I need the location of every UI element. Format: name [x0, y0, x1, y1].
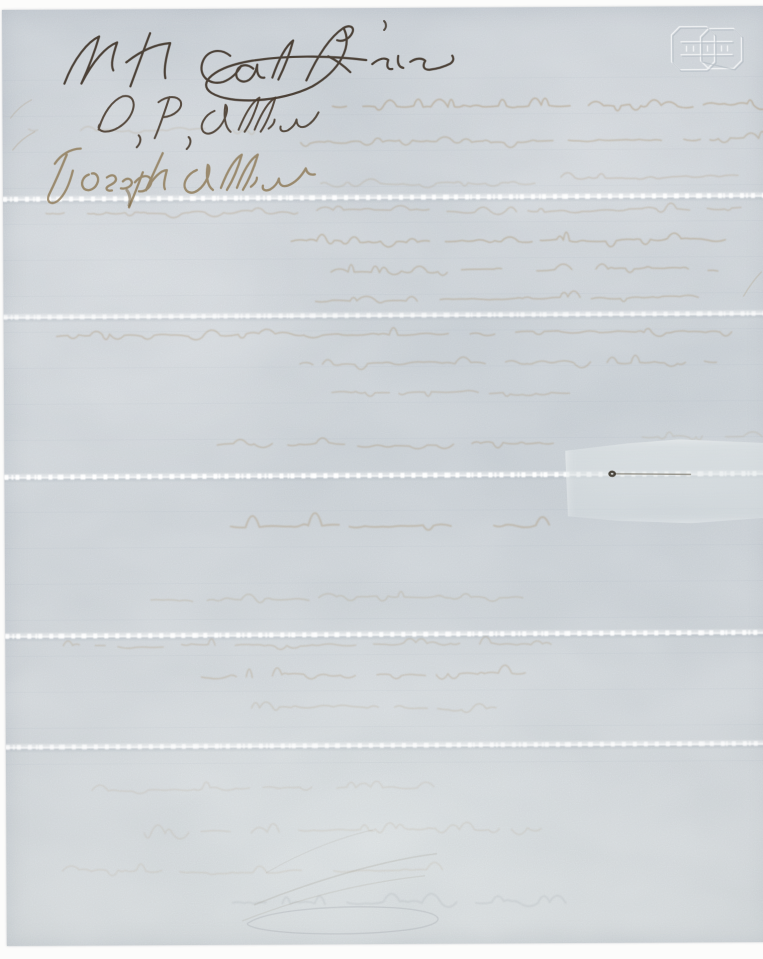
signature-dp-allison — [98, 95, 318, 149]
signature-calkins — [64, 26, 453, 102]
fold-crease — [6, 739, 763, 753]
ink-mark — [743, 272, 761, 296]
show-through-line — [321, 178, 535, 188]
show-through-line — [642, 432, 762, 440]
ink-mark — [10, 100, 31, 118]
show-through-line — [151, 591, 523, 603]
show-through-line — [231, 512, 550, 531]
paper-ruling-texture — [2, 76, 763, 796]
show-through-line — [561, 172, 759, 180]
show-through-line — [300, 355, 717, 370]
show-through-line — [57, 326, 732, 341]
ink-mark — [254, 854, 436, 905]
ink-mark — [127, 190, 130, 205]
fold-crease — [5, 628, 763, 642]
show-through-line — [316, 290, 713, 303]
show-through-line — [46, 203, 741, 219]
fold-crease — [4, 309, 763, 323]
fold-crease — [3, 191, 763, 205]
mending-tape — [565, 438, 763, 525]
show-through-line — [92, 781, 434, 794]
ink-mark — [247, 906, 438, 934]
ink-mark — [243, 876, 425, 921]
show-through-line — [29, 126, 255, 136]
show-through-line — [233, 893, 566, 908]
show-through-line — [252, 701, 496, 714]
show-through-line — [332, 97, 763, 112]
crease-stitch-texture — [4, 311, 763, 320]
signature-joseph-allison — [48, 147, 315, 207]
show-through-line — [201, 665, 537, 680]
embossed-seal-icon — [671, 26, 743, 71]
crease-stitch-texture — [6, 741, 763, 750]
ink-mark — [384, 21, 386, 30]
show-through-line — [332, 390, 569, 397]
show-through-line — [62, 862, 442, 876]
ink-mark — [13, 132, 35, 150]
crease-stitch-texture — [5, 630, 763, 639]
show-through-line — [144, 822, 541, 839]
show-through-line — [331, 263, 739, 276]
show-through-line — [63, 636, 551, 650]
show-through-line — [301, 131, 763, 148]
scanned-letter-verso — [0, 0, 763, 959]
show-through-line — [217, 437, 572, 450]
show-through-line — [291, 231, 725, 248]
crease-stitch-texture — [3, 193, 763, 202]
ink-mark — [266, 830, 372, 873]
letter-paper — [2, 6, 763, 946]
